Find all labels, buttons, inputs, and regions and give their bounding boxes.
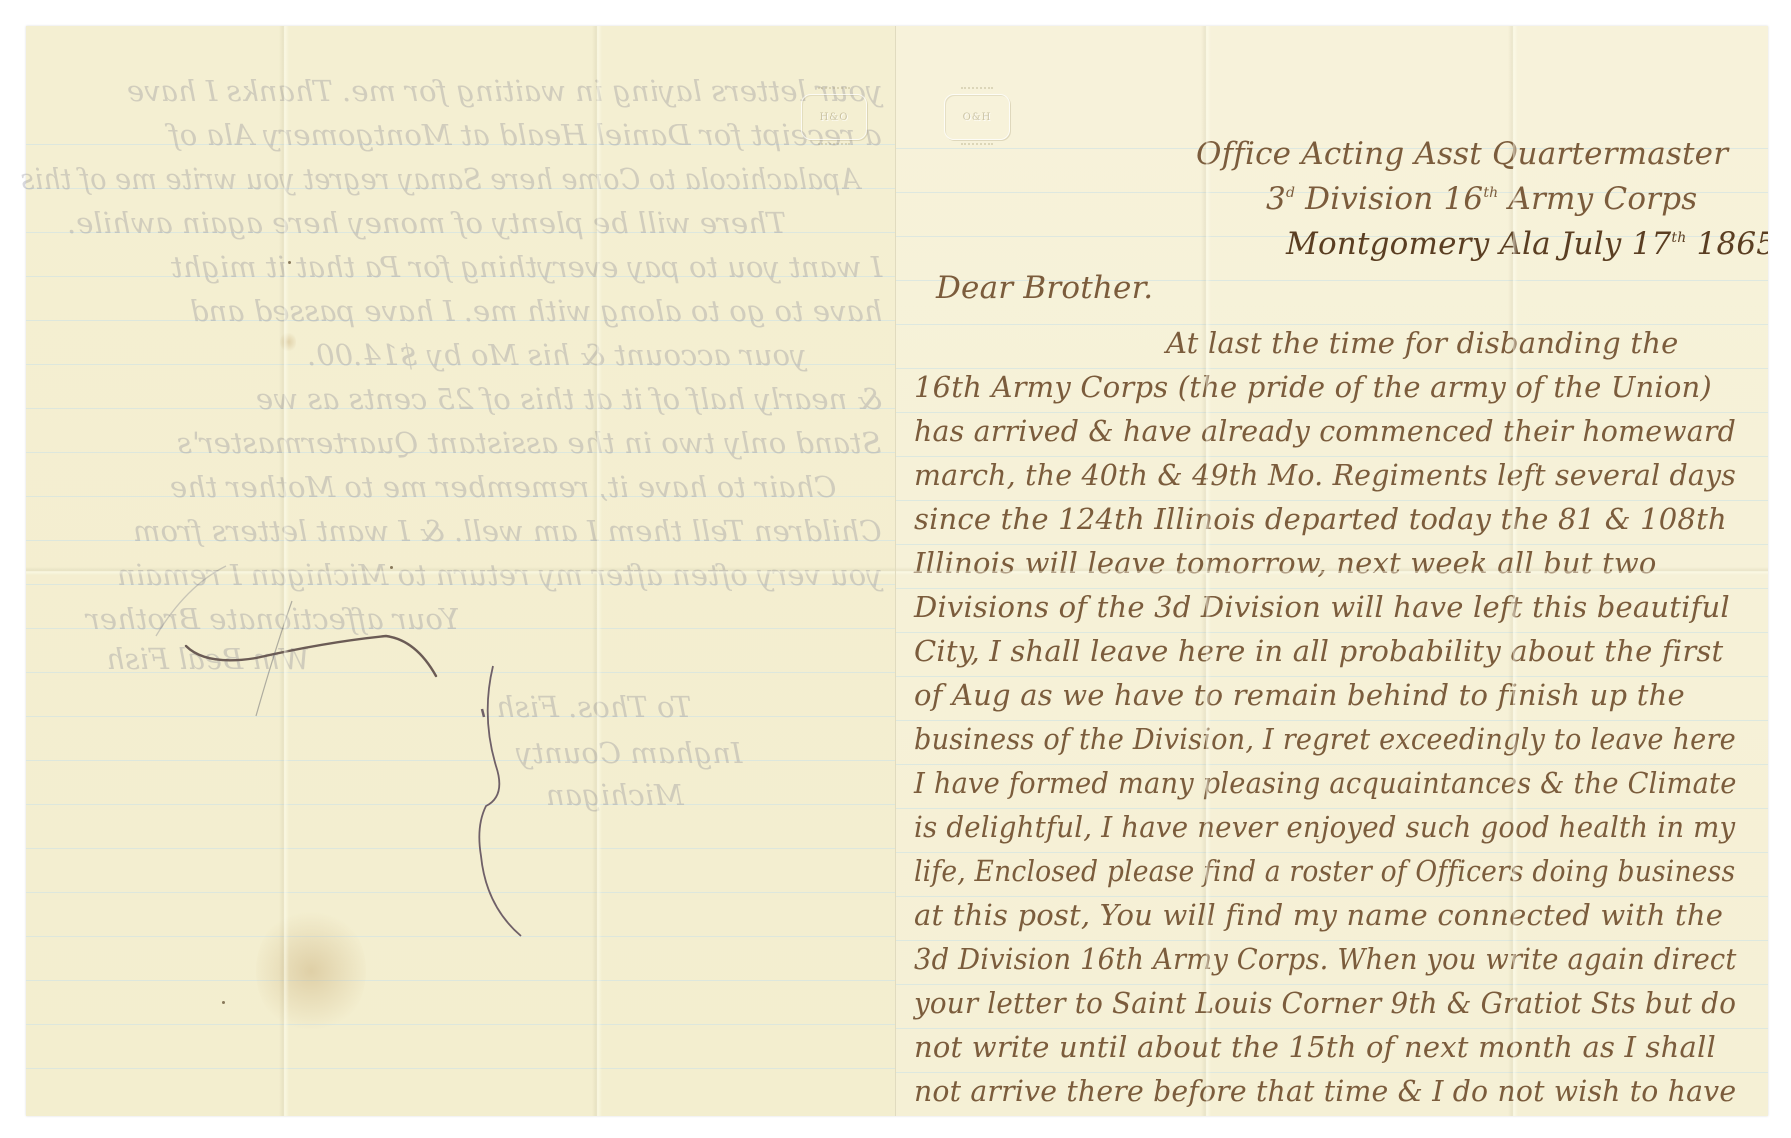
body-line: life, Enclosed please find a roster of O…: [914, 854, 1735, 888]
embossed-stamp: H&O: [801, 94, 867, 140]
fold-line: [896, 567, 1768, 575]
body-line: Divisions of the 3d Division will have l…: [914, 590, 1730, 624]
body-line: your letter to Saint Louis Corner 9th & …: [914, 986, 1736, 1020]
salutation: Dear Brother.: [936, 270, 1153, 306]
letter-date: Montgomery Ala July 17th 1865.: [1286, 226, 1768, 262]
embossed-stamp: O&H: [944, 94, 1010, 140]
letterhead-office: Office Acting Asst Quartermaster: [1196, 136, 1728, 172]
body-line: 16th Army Corps (the pride of the army o…: [914, 370, 1712, 404]
body-line: At last the time for disbanding the: [1166, 326, 1678, 360]
body-line: at this post, You will find my name conn…: [914, 898, 1723, 932]
letterhead-division: 3d Division 16th Army Corps: [1266, 181, 1697, 217]
body-line: has arrived & have already commenced the…: [914, 414, 1736, 448]
letter-sheet: your letters laying in waiting for me. T…: [26, 26, 1768, 1116]
body-line: since the 124th Illinois departed today …: [914, 502, 1727, 536]
fold-line: [26, 567, 896, 575]
water-stain: [256, 906, 366, 1036]
body-line: not arrive there before that time & I do…: [914, 1074, 1736, 1108]
body-line: City, I shall leave here in all probabil…: [914, 634, 1723, 668]
body-line: business of the Division, I regret excee…: [914, 722, 1736, 756]
body-line: of Aug as we have to remain behind to fi…: [914, 678, 1685, 712]
body-line: not write until about the 15th of next m…: [914, 1030, 1716, 1064]
body-line: march, the 40th & 49th Mo. Regiments lef…: [914, 458, 1736, 492]
right-page: O&H Office Acting Asst Quartermaster 3d …: [896, 26, 1768, 1116]
left-page: your letters laying in waiting for me. T…: [26, 26, 896, 1116]
body-line: is delightful, I have never enjoyed such…: [914, 810, 1735, 844]
body-line: 3d Division 16th Army Corps. When you wr…: [914, 942, 1737, 976]
body-line: I have formed many pleasing acquaintance…: [914, 766, 1737, 800]
